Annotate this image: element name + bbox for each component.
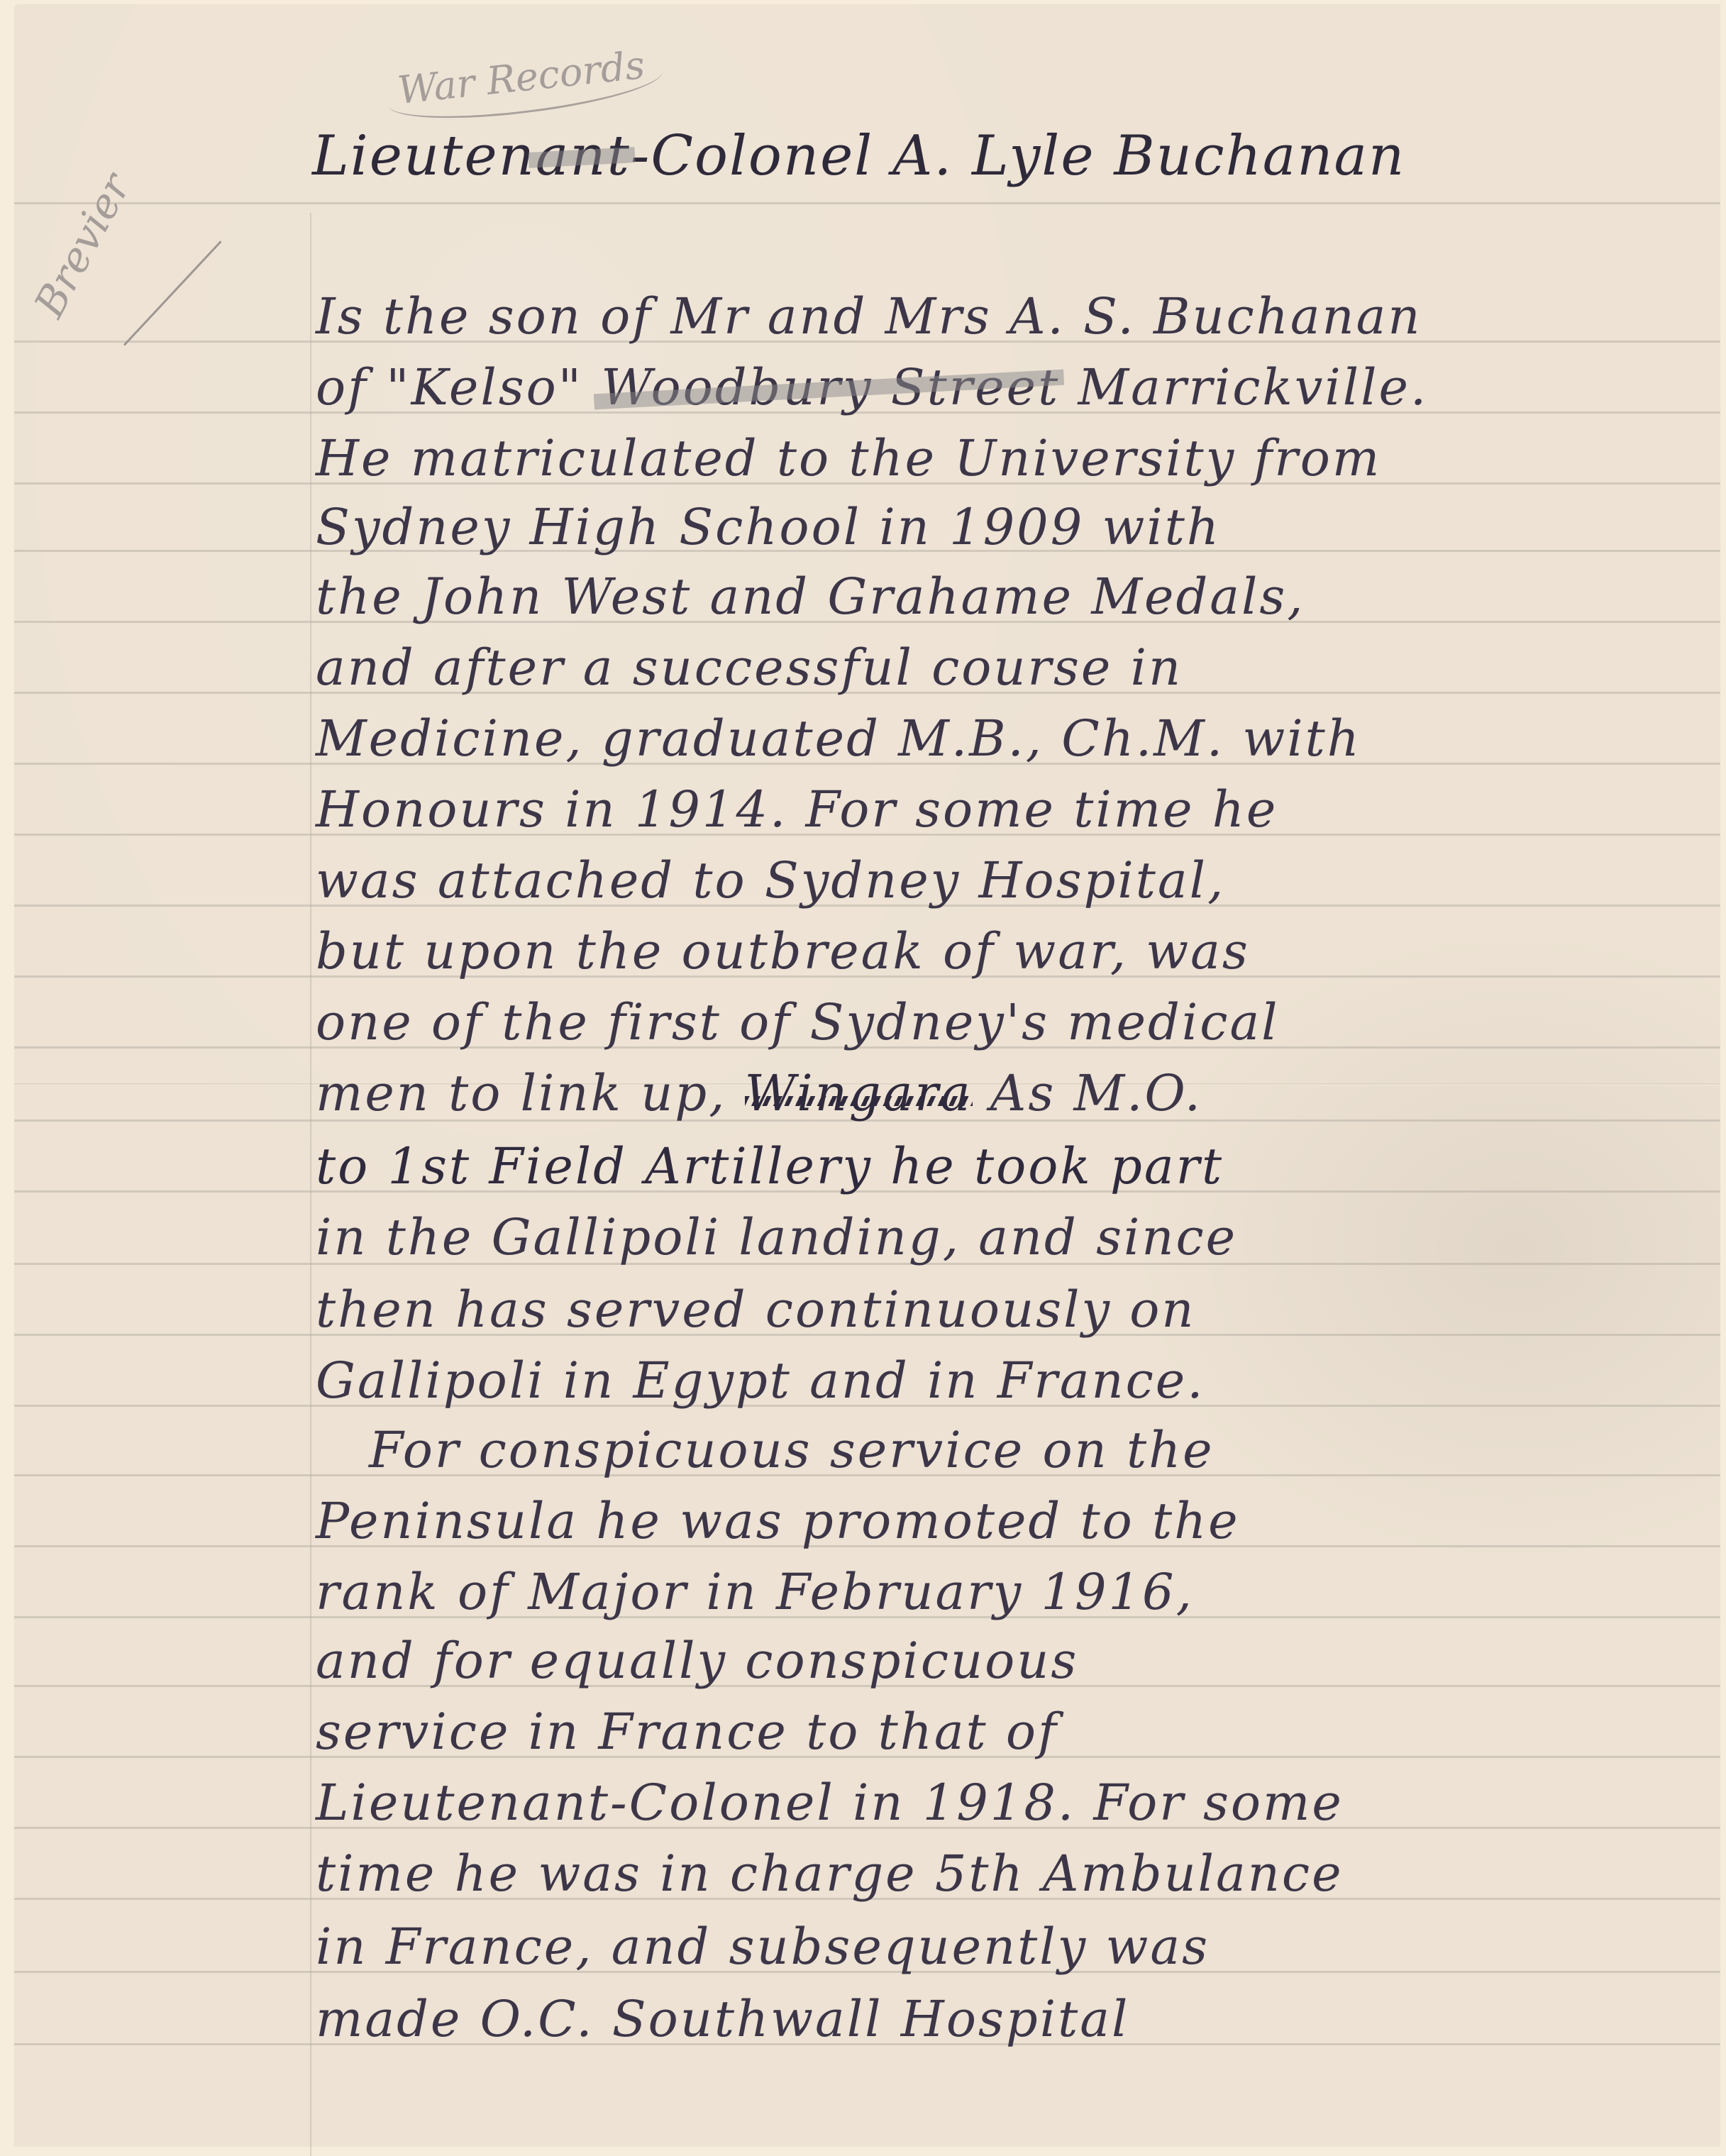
body-line-3: He matriculated to the University from: [316, 429, 1381, 487]
struck-street-name: Woodbury Street: [601, 358, 1060, 416]
body-line-14: in the Gallipoli landing, and since: [316, 1208, 1237, 1266]
body-line-12-b: As M.O.: [973, 1064, 1202, 1122]
body-line-16: Gallipoli in Egypt and in France.: [316, 1351, 1205, 1410]
body-line-9: was attached to Sydney Hospital,: [316, 851, 1225, 910]
body-line-17: For conspicuous service on the: [369, 1421, 1215, 1479]
body-line-5: the John West and Grahame Medals,: [316, 568, 1305, 626]
body-line-13: to 1st Field Artillery he took part: [316, 1137, 1224, 1195]
body-line-10: but upon the outbreak of war, was: [316, 922, 1250, 980]
margin-rule: [310, 213, 311, 2156]
body-line-20: and for equally conspicuous: [316, 1632, 1078, 1690]
body-line-11: one of the first of Sydney's medical: [316, 993, 1280, 1051]
body-line-19: rank of Major in February 1916,: [316, 1563, 1194, 1621]
title-suffix: -Colonel A. Lyle Buchanan: [631, 124, 1405, 188]
body-line-18: Peninsula he was promoted to the: [316, 1492, 1240, 1550]
body-line-21: service in France to that of: [316, 1703, 1058, 1761]
body-line-22: Lieutenant-Colonel in 1918. For some: [316, 1774, 1344, 1832]
body-line-24: in France, and subsequently was: [316, 1918, 1210, 1976]
scribbled-out-word: Wingara: [745, 1064, 973, 1122]
body-line-2-b: Marrickville.: [1060, 358, 1428, 416]
body-line-25: made O.C. Southwall Hospital: [316, 1990, 1129, 2048]
body-line-2-a: of "Kelso": [316, 358, 601, 416]
body-line-12: men to link up, Wingara As M.O.: [316, 1064, 1202, 1122]
body-line-1: Is the son of Mr and Mrs A. S. Buchanan: [316, 287, 1422, 345]
body-line-12-a: men to link up,: [316, 1064, 745, 1122]
body-line-23: time he was in charge 5th Ambulance: [316, 1845, 1344, 1903]
body-line-7: Medicine, graduated M.B., Ch.M. with: [316, 709, 1361, 768]
body-line-15: then has served continuously on: [316, 1281, 1195, 1339]
body-line-4: Sydney High School in 1909 with: [316, 498, 1221, 556]
body-line-8: Honours in 1914. For some time he: [316, 780, 1278, 839]
body-line-6: and after a successful course in: [316, 638, 1183, 697]
document-title: Lieutenant-Colonel A. Lyle Buchanan: [312, 124, 1405, 188]
title-struck-part: ant: [536, 124, 631, 188]
title-prefix: Lieuten: [312, 124, 536, 188]
body-line-2: of "Kelso" Woodbury Street Marrickville.: [316, 358, 1428, 416]
ruled-line: [14, 202, 1720, 204]
